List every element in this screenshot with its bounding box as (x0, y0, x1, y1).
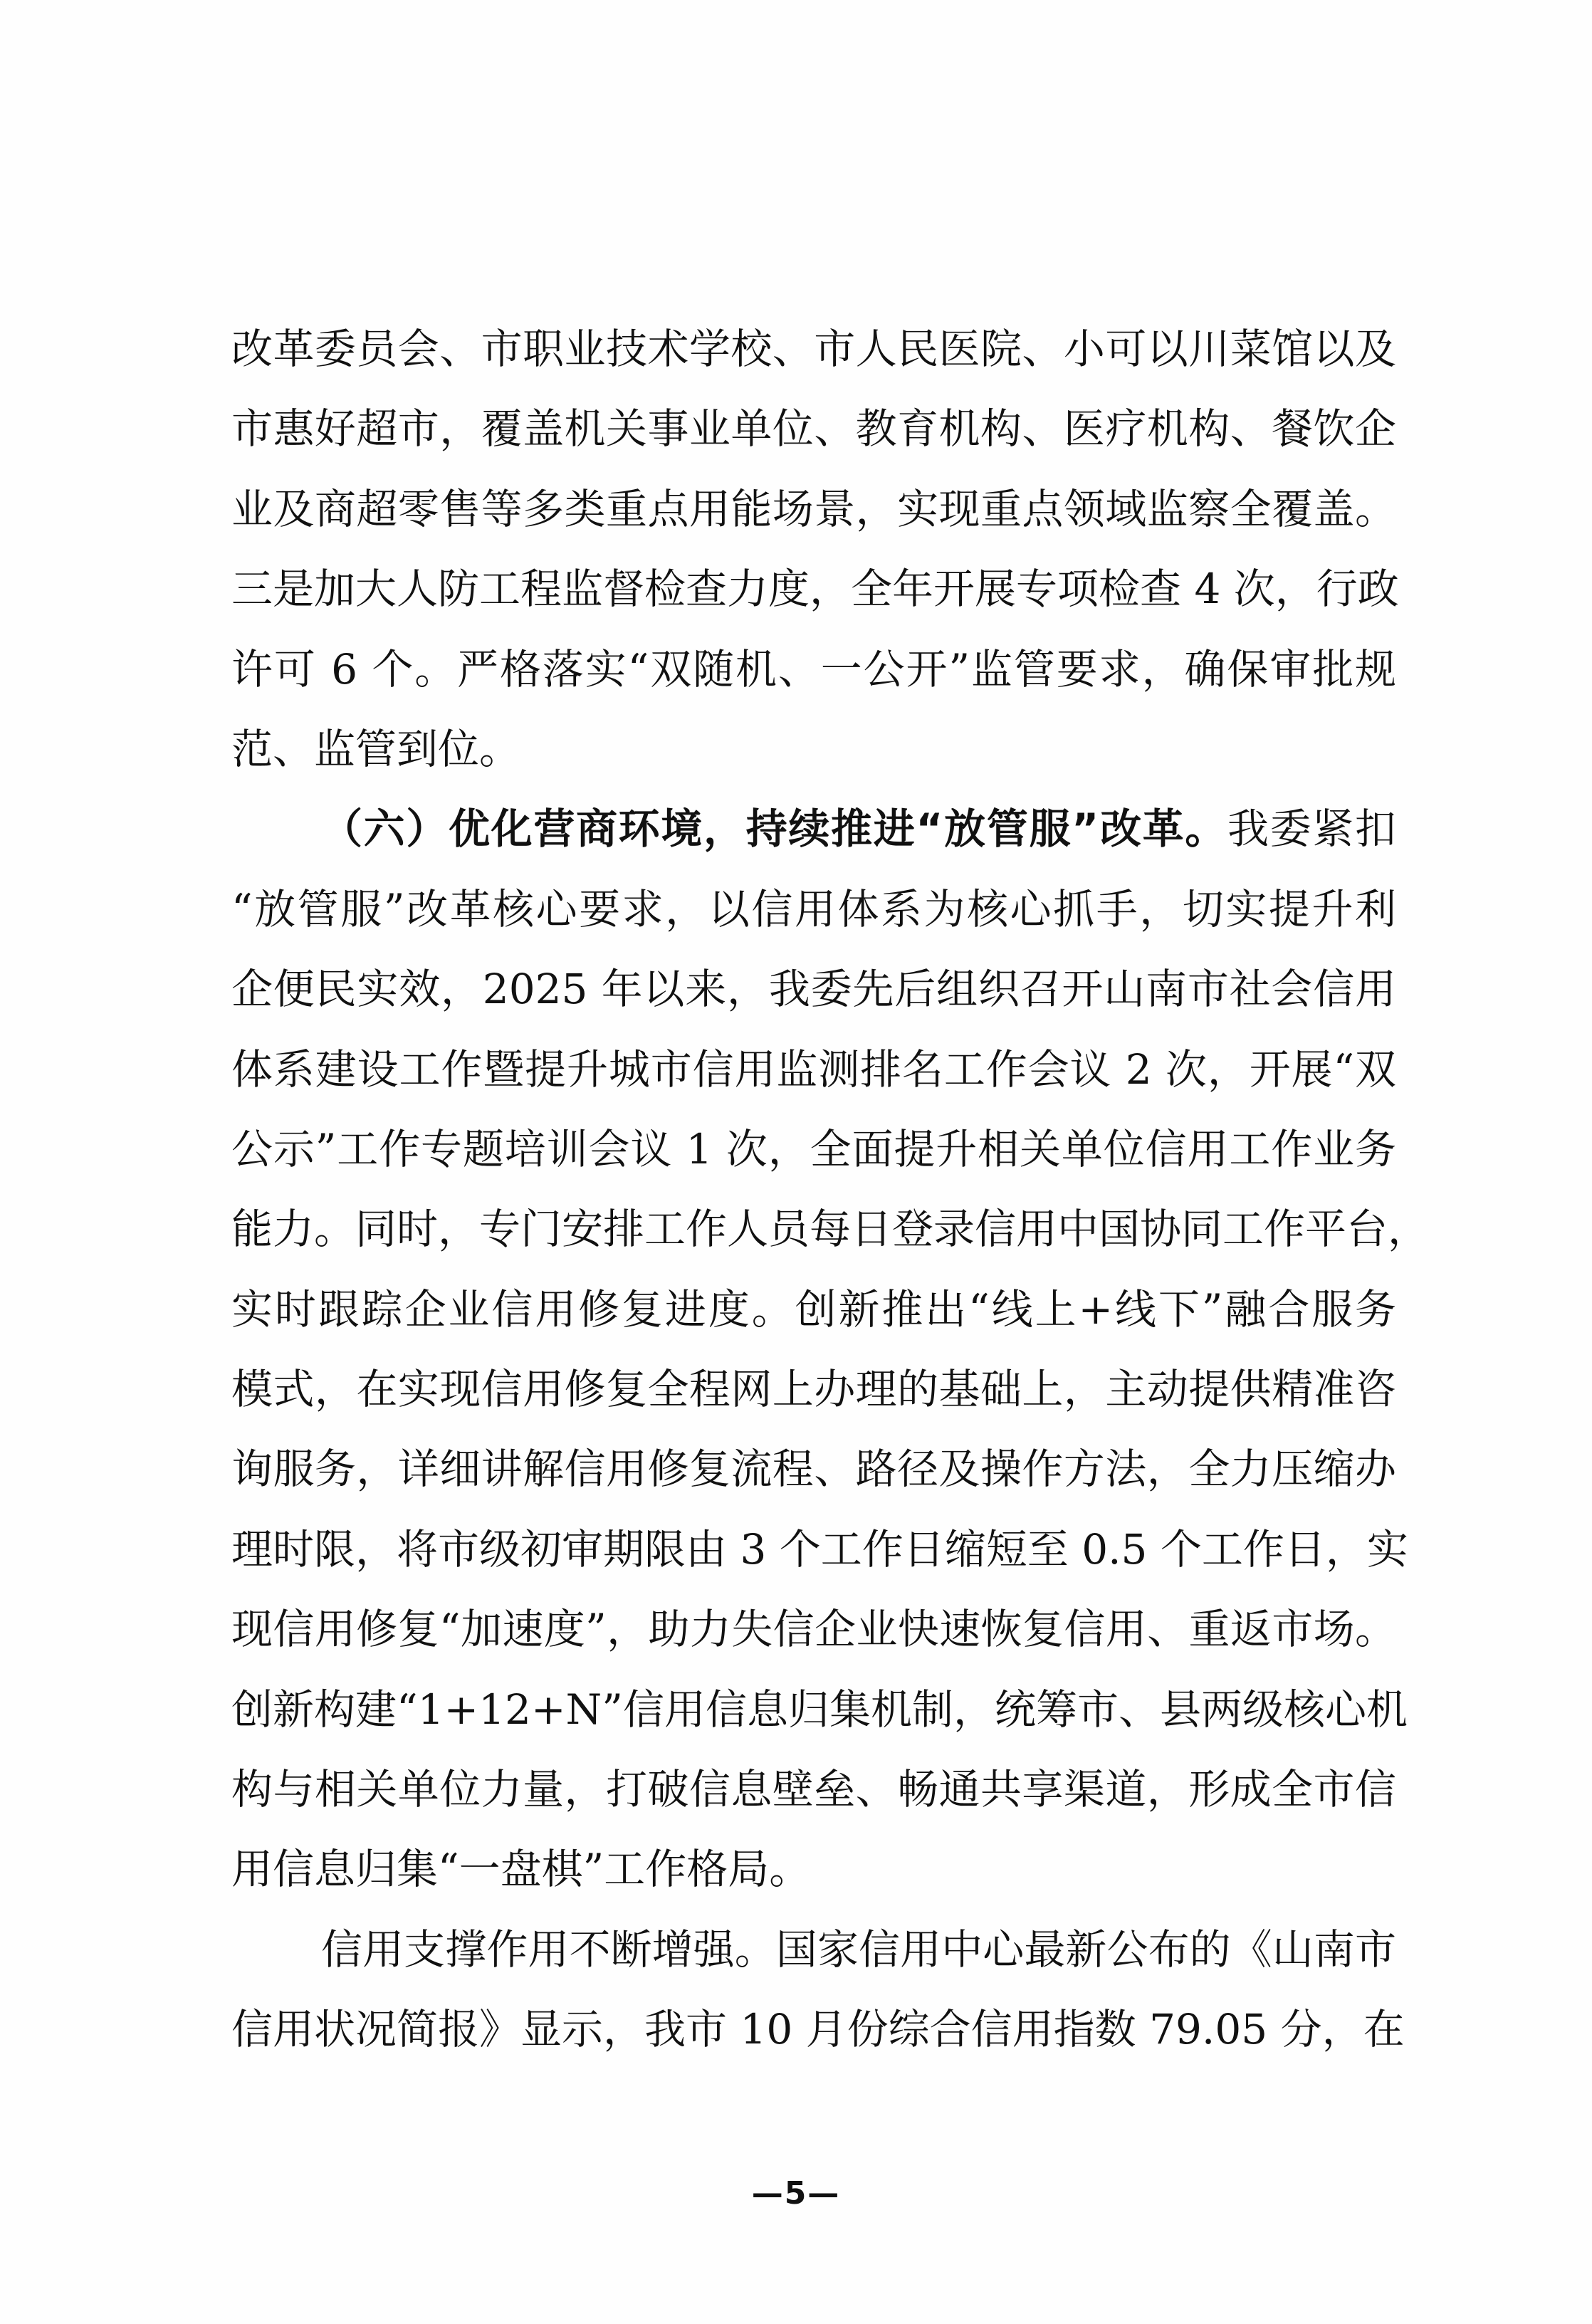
text-line: 体系建设工作暨提升城市信用监测排名工作会议 2 次，开展“双 (231, 1030, 1396, 1109)
text-line: 信用支撑作用不断增强。国家信用中心最新公布的《山南市 (231, 1910, 1396, 1989)
text-line: 实时跟踪企业信用修复进度。创新推出“线上+线下”融合服务 (231, 1270, 1396, 1349)
text-line: 现信用修复“加速度”，助力失信企业快速恢复信用、重返市场。 (231, 1589, 1396, 1669)
text-line: 业及商超零售等多类重点用能场景，实现重点领域监察全覆盖。 (231, 469, 1396, 549)
text-line: 企便民实效，2025 年以来，我委先后组织召开山南市社会信用 (231, 949, 1396, 1029)
text-line: 市惠好超市，覆盖机关事业单位、教育机构、医疗机构、餐饮企 (231, 389, 1396, 469)
text-line: 公示”工作专题培训会议 1 次，全面提升相关单位信用工作业务 (231, 1109, 1396, 1189)
text-line: 三是加大人防工程监督检查力度，全年开展专项检查 4 次，行政 (231, 549, 1396, 629)
document-page: 改革委员会、市职业技术学校、市人民医院、小可以川菜馆以及 市惠好超市，覆盖机关事… (0, 0, 1592, 2324)
section-heading: （六）优化营商环境，持续推进“放管服”改革。 (321, 805, 1227, 853)
text-line: 改革委员会、市职业技术学校、市人民医院、小可以川菜馆以及 (231, 309, 1396, 389)
section-heading-line: （六）优化营商环境，持续推进“放管服”改革。我委紧扣 (231, 789, 1396, 869)
text-line: 理时限，将市级初审期限由 3 个工作日缩短至 0.5 个工作日，实 (231, 1509, 1396, 1589)
text-line: 模式，在实现信用修复全程网上办理的基础上，主动提供精准咨 (231, 1349, 1396, 1429)
document-body: 改革委员会、市职业技术学校、市人民医院、小可以川菜馆以及 市惠好超市，覆盖机关事… (231, 309, 1396, 2070)
text-line: 创新构建“1+12+N”信用信息归集机制，统筹市、县两级核心机 (231, 1670, 1396, 1749)
text-line: 许可 6 个。严格落实“双随机、一公开”监管要求，确保审批规 (231, 629, 1396, 709)
text-line: 范、监管到位。 (231, 709, 1396, 789)
text-line: 用信息归集“一盘棋”工作格局。 (231, 1829, 1396, 1909)
text-line: “放管服”改革核心要求，以信用体系为核心抓手，切实提升利 (231, 869, 1396, 949)
text-line: 询服务，详细讲解信用修复流程、路径及操作方法，全力压缩办 (231, 1429, 1396, 1509)
text-line: 信用状况简报》显示，我市 10 月份综合信用指数 79.05 分，在 (231, 1989, 1396, 2069)
text-line: 构与相关单位力量，打破信息壁垒、畅通共享渠道，形成全市信 (231, 1749, 1396, 1829)
page-number: —5— (0, 2175, 1592, 2212)
text-segment: 我委紧扣 (1227, 805, 1396, 853)
text-line: 能力。同时，专门安排工作人员每日登录信用中国协同工作平台， (231, 1189, 1396, 1269)
